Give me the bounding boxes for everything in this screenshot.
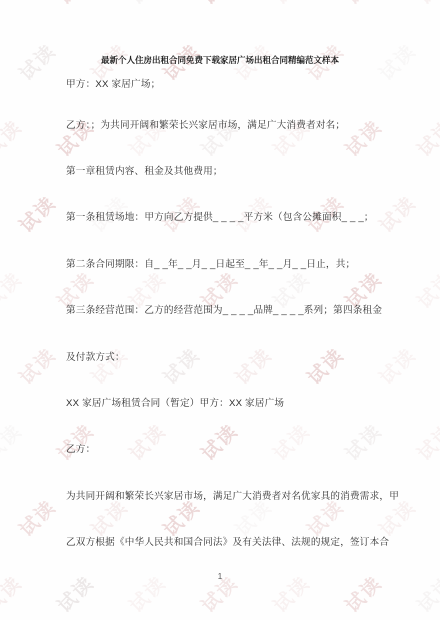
document-line: 第一条租赁场地：甲方向乙方提供_ _ _ _平方米（包含公摊面积_ _ _； [66,209,374,223]
document-line: 第三条经营范围：乙方的经营范围为_ _ _ _品牌_ _ _ _系列；第四条租金 [66,302,382,316]
page-number: 1 [0,572,440,581]
document-content: 最新个人住房出租合同免费下载家居广场出租合同精编范文样本 甲方：XX 家居广场；… [0,0,440,620]
document-line: 第一章租赁内容、租金及其他费用； [66,163,223,177]
document-page: 试读试读试读试读试读试读试读试读试读试读试读试读试读试读试读试读试读试读试读试读… [0,0,440,620]
document-line: 乙双方根据《中华人民共和国合同法》及有关法律、法规的规定，签订本合 [66,534,389,548]
document-line: XX 家居广场租赁合同（暂定）甲方：XX 家居广场 [66,395,284,409]
document-line: 甲方：XX 家居广场； [66,76,160,90]
document-line: 为共同开阔和繁荣长兴家居市场，满足广大消费者对名优家具的消费需求，甲 [66,488,399,502]
document-line: 第二条合同期限：自_ _年_ _月_ _日起至_ _年_ _月_ _日止，共； [66,256,355,270]
document-title: 最新个人住房出租合同免费下载家居广场出租合同精编范文样本 [0,54,440,66]
document-line: 乙方：；为共同开阔和繁荣长兴家居市场，满足广大消费者对名； [66,117,345,131]
document-line: 乙方： [66,441,95,455]
document-line: 及付款方式： [66,349,125,363]
